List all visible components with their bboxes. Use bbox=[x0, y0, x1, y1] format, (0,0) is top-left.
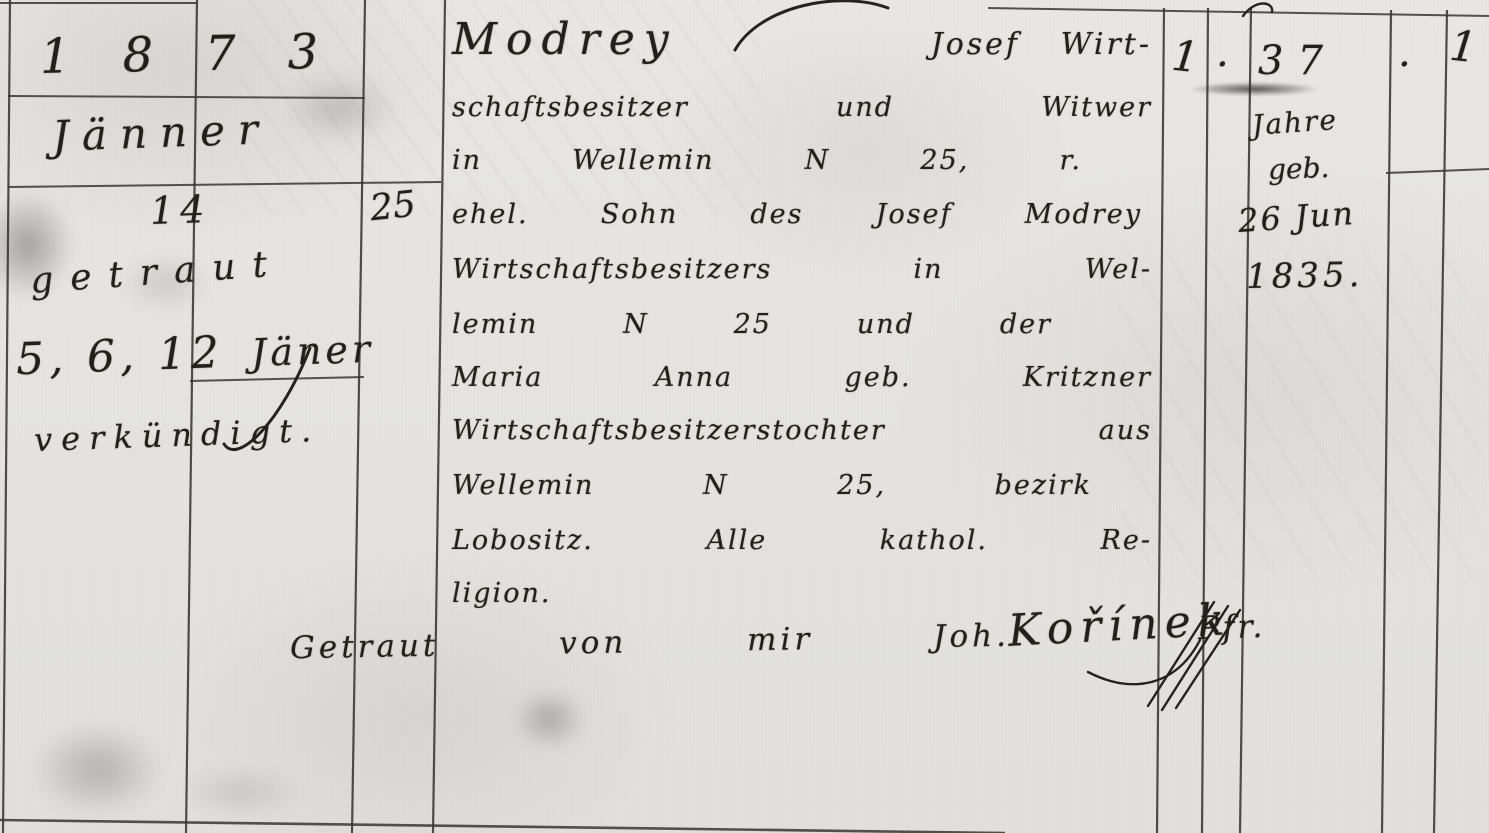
entry-line: schaftsbesitzer und Witwer bbox=[452, 92, 1152, 123]
month-value: Jänner bbox=[51, 104, 271, 161]
dot-mark: . bbox=[1398, 30, 1411, 76]
entry-line: Wirtschaftsbesitzerstochter aus bbox=[452, 415, 1152, 446]
wedding-day: 14 bbox=[149, 187, 211, 233]
birth-label: geb. bbox=[1267, 151, 1329, 186]
married-label: getraut bbox=[29, 243, 285, 302]
bleedthrough-hatching bbox=[1120, 250, 1480, 580]
paper-stain bbox=[178, 766, 303, 818]
officiant-statement: Getraut von mir Joh. bbox=[290, 618, 1011, 667]
year-value: 1873 bbox=[40, 23, 371, 85]
entry-line: ehel. Sohn des Josef Modrey bbox=[452, 199, 1142, 230]
entry-line: in Wellemin N 25, r. bbox=[452, 145, 1082, 176]
tally-right: 1 bbox=[1448, 21, 1480, 73]
paper-stain bbox=[282, 72, 397, 144]
age-value: 37 bbox=[1258, 38, 1337, 84]
tally-left: 1 bbox=[1170, 31, 1202, 83]
entry-line: lemin N 25 und der bbox=[452, 309, 1052, 340]
entry-line: ligion. bbox=[452, 578, 551, 609]
banns-dates: 5, 6, 12 bbox=[15, 327, 225, 385]
register-page: 1873 Jänner 14 getraut 5, 6, 12 Jäner ve… bbox=[0, 0, 1489, 833]
age-unit: Jahre bbox=[1251, 103, 1339, 142]
entry-line1-rest: Josef Wirt- bbox=[931, 27, 1152, 62]
banns-row: 5, 6, 12 Jäner bbox=[15, 322, 375, 385]
banns-month: Jäner bbox=[250, 327, 374, 375]
officiant-title: Pfr. bbox=[1197, 607, 1266, 647]
house-number: 25 bbox=[368, 184, 418, 230]
entry-line: Modrey Josef Wirt- bbox=[452, 14, 1152, 65]
banns-label: verkündigt. bbox=[33, 411, 320, 459]
entry-line: Wirtschaftsbesitzers in Wel- bbox=[452, 254, 1152, 285]
ink-smudge bbox=[512, 688, 587, 750]
entry-line: Maria Anna geb. Kritzner bbox=[452, 362, 1152, 393]
ink-smudge bbox=[30, 722, 165, 817]
ink-smear bbox=[1190, 82, 1318, 96]
groom-name: Modrey bbox=[452, 14, 678, 65]
entry-line: Lobositz. Alle kathol. Re- bbox=[452, 525, 1152, 556]
entry-line: Wellemin N 25, bezirk bbox=[452, 470, 1092, 501]
birth-year: 1835. bbox=[1246, 255, 1364, 297]
officiant-prefix: Getraut von mir Joh. bbox=[290, 618, 1011, 667]
birth-date: 26 Jun bbox=[1237, 194, 1356, 240]
dot-mark: . bbox=[1216, 30, 1229, 76]
